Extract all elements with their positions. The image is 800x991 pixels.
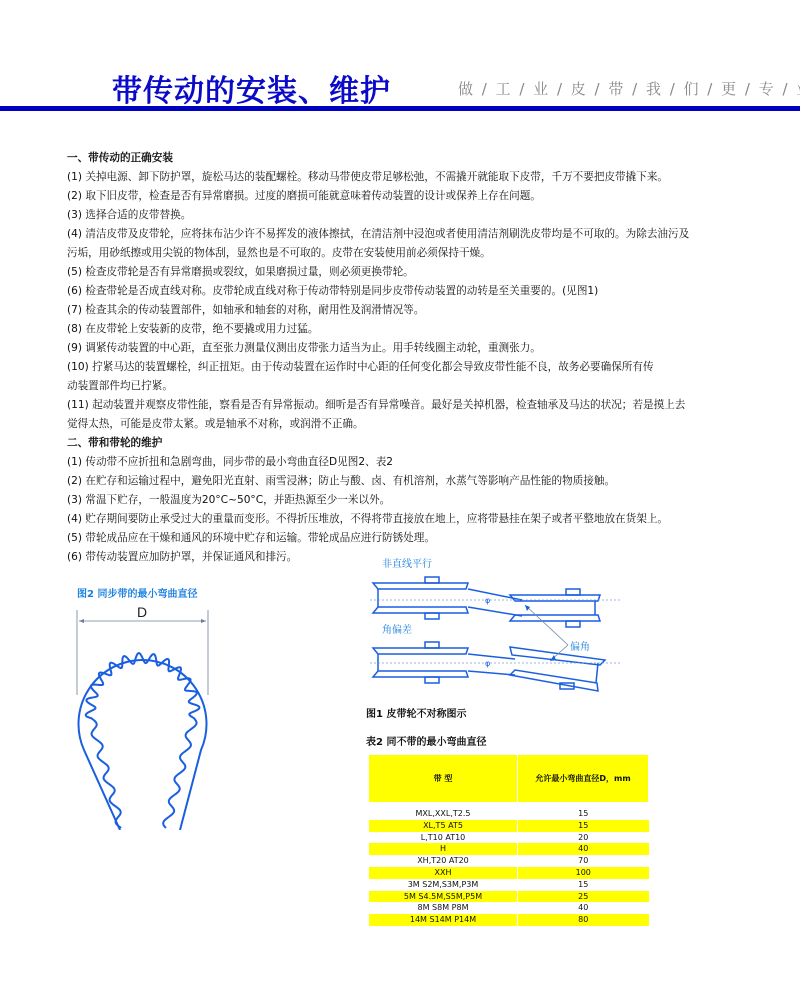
min-diameter-cell: 15 [518, 879, 649, 891]
slogan: 做 / 工 / 业 / 皮 / 带 / 我 / 们 / 更 / 专 / 业 [458, 78, 800, 99]
table-row: XL,T5 AT515 [369, 820, 649, 832]
min-diameter-cell: 100 [518, 867, 649, 879]
min-diameter-cell: 20 [518, 832, 649, 844]
min-diameter-cell: 70 [518, 855, 649, 867]
instruction-line: 污垢，用砂纸擦或用尖锐的物体刮，显然也是不可取的。皮带在安装使用前必须保持干燥。 [67, 244, 747, 263]
belt-type-cell: XH,T20 AT20 [369, 855, 518, 867]
figure2-title: 图2 同步带的最小弯曲直径 [77, 585, 197, 600]
instruction-line: (3) 常温下贮存，一般温度为20°C~50°C，并距热源至少一米以外。 [67, 491, 747, 510]
min-diameter-cell: 15 [518, 808, 649, 820]
instruction-line: (2) 在贮存和运输过程中，避免阳光直射、雨雪浸淋；防止与酸、卤、有机溶剂，水蒸… [67, 472, 747, 491]
instruction-line: (1) 关掉电源、卸下防护罩，旋松马达的装配螺栓。移动马带使皮带足够松弛，不需撬… [67, 168, 747, 187]
belt-type-cell: 3M S2M,S3M,P3M [369, 879, 518, 891]
pulley-misalignment-diagram: 非直线平行 角偏差 偏角 φ φ [370, 555, 620, 695]
belt-type-cell: 8M S8M P8M [369, 902, 518, 914]
instruction-line: (10) 拧紧马达的装置螺栓，纠正扭矩。由于传动装置在运作时中心距的任何变化都会… [67, 358, 747, 377]
instruction-line: 觉得太热，可能是皮带太紧。或是轴承不对称，或润滑不正确。 [67, 415, 747, 434]
instruction-line: (1) 传动带不应折扭和急剧弯曲，同步带的最小弯曲直径D见图2、表2 [67, 453, 747, 472]
table-row: L,T10 AT1020 [369, 832, 649, 844]
table-row: 14M S14M P14M80 [369, 914, 649, 926]
min-diameter-cell: 40 [518, 843, 649, 855]
belt-type-cell: L,T10 AT10 [369, 832, 518, 844]
figure1-caption: 图1 皮带轮不对称图示 [366, 705, 466, 720]
column-header-min-diameter: 允许最小弯曲直径D，mm [518, 755, 649, 802]
label-nonparallel: 非直线平行 [382, 557, 432, 570]
label-angle-offset: 角偏差 [382, 623, 412, 636]
center-symbol: φ [485, 596, 490, 605]
instruction-line: (11) 起动装置并观察皮带性能，察看是否有异常振动。细听是否有异常噪音。最好是… [67, 396, 747, 415]
min-bend-diameter-table: 带 型 允许最小弯曲直径D，mm MXL,XXL,T2.515XL,T5 AT5… [369, 755, 649, 926]
timing-belt-diagram: D [70, 600, 270, 830]
min-diameter-cell: 40 [518, 902, 649, 914]
instruction-line: (5) 带轮成品应在干燥和通风的环境中贮存和运输。带轮成品应进行防锈处理。 [67, 529, 747, 548]
page-title: 带传动的安装、维护 [112, 66, 391, 110]
column-header-belt-type: 带 型 [369, 755, 518, 802]
section-heading: 一、带传动的正确安装 [67, 149, 747, 168]
instruction-line: 动装置部件均已拧紧。 [67, 377, 747, 396]
instruction-line: (9) 调紧传动装置的中心距，直至张力测量仪测出皮带张力适当为止。用手转线圈主动… [67, 339, 747, 358]
instruction-line: (5) 检查皮带轮是否有异常磨损或裂纹，如果磨损过量，则必须更换带轮。 [67, 263, 747, 282]
table-row: XH,T20 AT2070 [369, 855, 649, 867]
header-divider [0, 106, 800, 111]
table-row: H40 [369, 843, 649, 855]
body-text: 一、带传动的正确安装(1) 关掉电源、卸下防护罩，旋松马达的装配螺栓。移动马带使… [67, 149, 747, 567]
center-symbol: φ [485, 659, 490, 668]
instruction-line: (4) 清洁皮带及皮带轮，应将抹布沾少许不易挥发的液体擦拭，在清洁剂中浸泡或者使… [67, 225, 747, 244]
belt-type-cell: XL,T5 AT5 [369, 820, 518, 832]
table2-title: 表2 同不带的最小弯曲直径 [366, 733, 486, 748]
instruction-line: (4) 贮存期间要防止承受过大的重量而变形。不得折压堆放，不得将带直接放在地上，… [67, 510, 747, 529]
instruction-line: (2) 取下旧皮带，检查是否有异常磨损。过度的磨损可能就意味着传动装置的设计或保… [67, 187, 747, 206]
instruction-line: (6) 检查带轮是否成直线对称。皮带轮成直线对称于传动带特别是同步皮带传动装置的… [67, 282, 747, 301]
belt-type-cell: MXL,XXL,T2.5 [369, 808, 518, 820]
min-diameter-cell: 25 [518, 891, 649, 903]
belt-type-cell: 5M S4.5M,S5M,P5M [369, 891, 518, 903]
table-row: XXH100 [369, 867, 649, 879]
instruction-line: (3) 选择合适的皮带替换。 [67, 206, 747, 225]
label-angle: 偏角 [570, 640, 590, 653]
min-diameter-cell: 80 [518, 914, 649, 926]
belt-type-cell: XXH [369, 867, 518, 879]
table-row: 3M S2M,S3M,P3M15 [369, 879, 649, 891]
belt-type-cell: 14M S14M P14M [369, 914, 518, 926]
min-diameter-cell: 15 [518, 820, 649, 832]
instruction-line: (8) 在皮带轮上安装新的皮带，绝不要撬或用力过猛。 [67, 320, 747, 339]
section-heading: 二、带和带轮的维护 [67, 434, 747, 453]
dimension-label-d: D [137, 604, 147, 620]
table-row: MXL,XXL,T2.515 [369, 808, 649, 820]
table-row: 8M S8M P8M40 [369, 902, 649, 914]
table-row: 5M S4.5M,S5M,P5M25 [369, 891, 649, 903]
belt-type-cell: H [369, 843, 518, 855]
instruction-line: (7) 检查其余的传动装置部件，如轴承和轴套的对称，耐用性及润滑情况等。 [67, 301, 747, 320]
